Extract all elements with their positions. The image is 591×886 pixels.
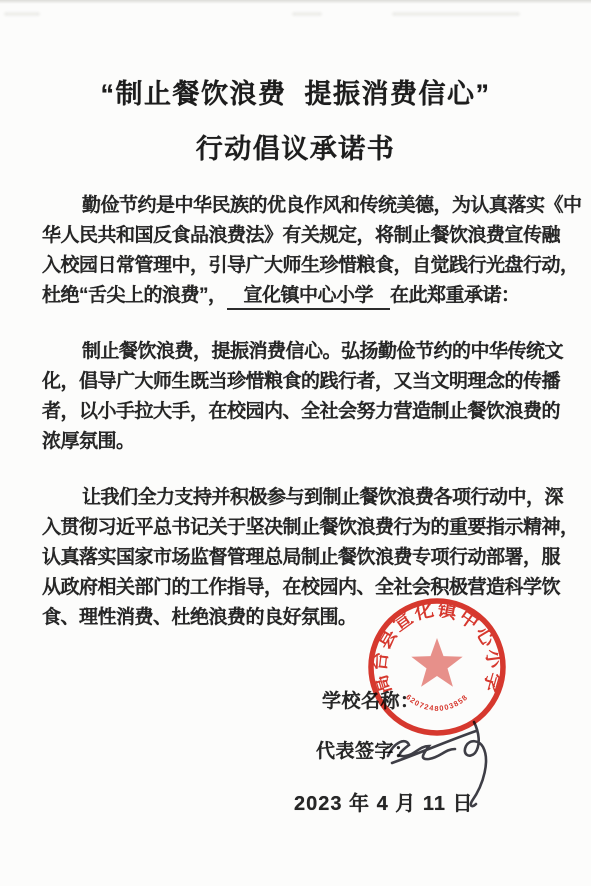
- text-line: 化，倡导广大师生既当珍惜粮食的践行者，又当文明理念的传播: [42, 367, 564, 397]
- scanned-document-page: “制止餐饮浪费 提振消费信心” 行动倡议承诺书 勤俭节约是中华民族的优良作风和传…: [0, 0, 591, 886]
- text-line: 杜绝“舌尖上的浪费”，宣化镇中心小学在此郑重承诺：: [42, 281, 564, 311]
- text-segment: 杜绝“舌尖上的浪费”，: [42, 285, 227, 306]
- text-line: 勤俭节约是中华民族的优良作风和传统美德，为认真落实《中: [42, 191, 564, 221]
- scan-artifact: [4, 12, 40, 16]
- text-line: 者，以小手拉大手，在校园内、全社会努力营造制止餐饮浪费的: [42, 397, 564, 427]
- signature-ink: [378, 712, 508, 817]
- text-line: 华人民共和国反食品浪费法》有关规定，将制止餐饮浪费宣传融: [42, 221, 564, 251]
- text-line: 入贯彻习近平总书记关于坚决制止餐饮浪费行为的重要指示精神，: [42, 513, 564, 543]
- text-line: 让我们全力支持并积极参与到制止餐饮浪费各项行动中，深: [42, 483, 564, 513]
- scan-artifact: [392, 12, 520, 16]
- school-name-underline: 宣化镇中心小学: [227, 284, 391, 310]
- document-title: “制止餐饮浪费 提振消费信心”: [0, 72, 591, 111]
- scan-artifact: [292, 12, 322, 16]
- pledge-paragraph-2: 制止餐饮浪费，提振消费信心。弘扬勤俭节约的中华传统文 化，倡导广大师生既当珍惜粮…: [42, 337, 564, 457]
- scan-edge-shadow: [0, 0, 591, 4]
- text-segment: 在此郑重承诺：: [390, 285, 520, 306]
- text-line: 制止餐饮浪费，提振消费信心。弘扬勤俭节约的中华传统文: [42, 337, 564, 367]
- text-line: 浓厚氛围。: [42, 427, 564, 457]
- text-line: 入校园日常管理中，引导广大师生珍惜粮食，自觉践行光盘行动，: [42, 251, 564, 281]
- text-line: 认真落实国家市场监督管理总局制止餐饮浪费专项行动部署，服: [42, 543, 564, 573]
- seal-star: [411, 638, 462, 687]
- document-subtitle: 行动倡议承诺书: [0, 127, 591, 166]
- pledge-paragraph-1: 勤俭节约是中华民族的优良作风和传统美德，为认真落实《中 华人民共和国反食品浪费法…: [42, 191, 564, 311]
- seal-code: 6207248003858: [404, 692, 470, 712]
